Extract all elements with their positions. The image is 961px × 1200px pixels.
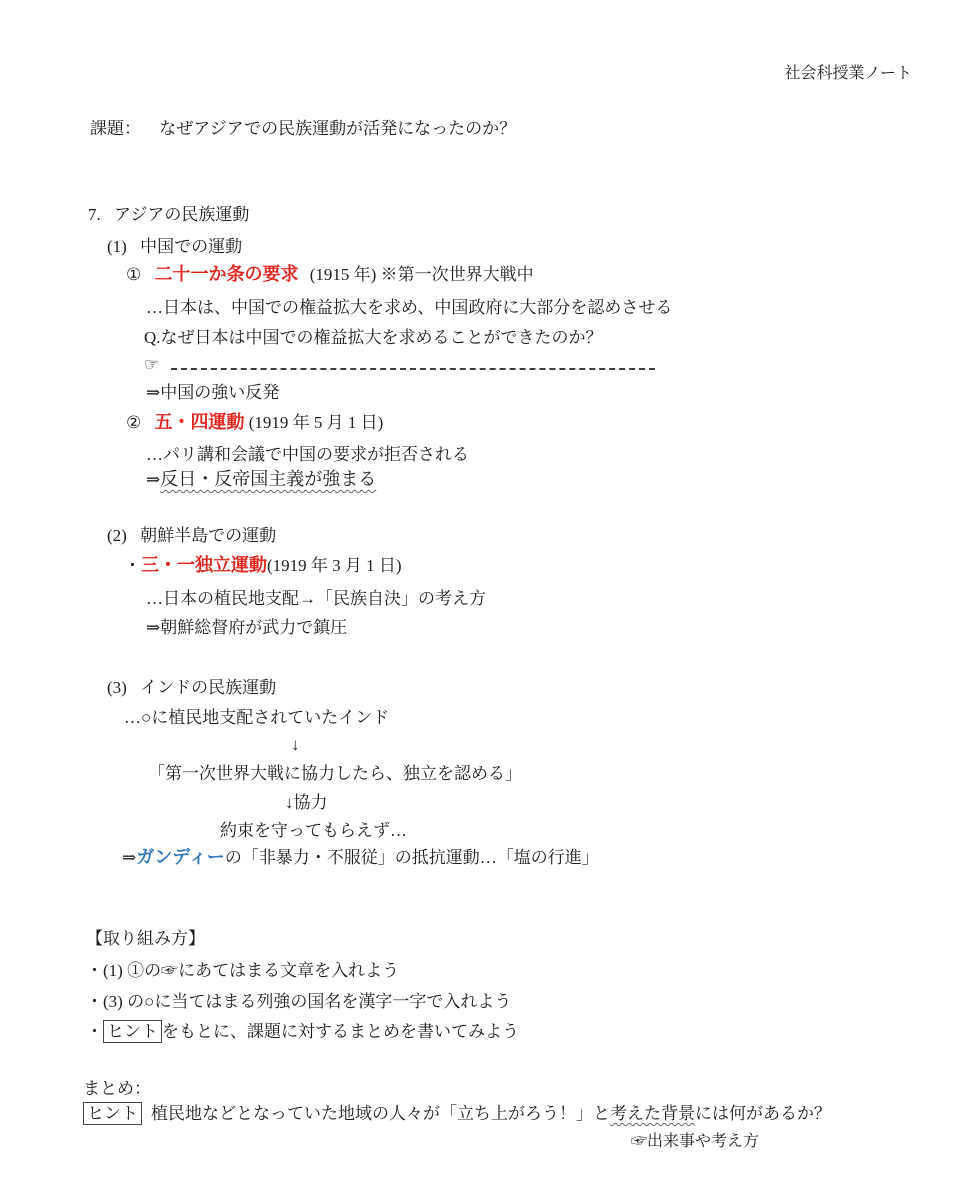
korea-item-term: 三・一独立運動 [141,555,267,575]
china-item1-answer-line: ☞ [144,353,655,376]
china-item2-result-arrow: ⇒ [146,470,160,489]
note-page: 社会科授業ノート 課題： なぜアジアでの民族運動が活発になったのか？ 7. アジ… [0,0,961,1200]
india-flow-arrow2: ↓協力 [285,791,328,814]
india-heading: (3) インドの民族運動 [107,676,276,699]
howto-heading-text: 【取り組み方】 [86,929,205,948]
india-quote-text: 「第一次世界大戦に協力したら、独立を認める」 [148,764,522,783]
china-item1-result: ⇒中国の強い反発 [146,381,279,404]
korea-item-bullet: ・ [124,556,141,575]
india-title: インドの民族運動 [140,678,276,697]
section-heading: 7. アジアの民族運動 [88,203,249,226]
india-result: ⇒ガンディーの「非暴力・不服従」の抵抗運動…「塩の行進」 [122,846,599,869]
china-title: 中国での運動 [140,237,242,256]
china-heading: (1) 中国での運動 [107,235,242,258]
down-arrow-cooperation: ↓協力 [285,793,328,812]
china-item2-number: ② [126,413,141,432]
doc-header: 社会科授業ノート [784,62,912,85]
summary-label: まとめ： [83,1079,151,1098]
summary-label-line: まとめ： [83,1077,151,1100]
task-question: なぜアジアでの民族運動が活発になったのか？ [159,119,516,138]
howto-heading: 【取り組み方】 [86,927,205,950]
howto-item3: ・ヒントをもとに、課題に対するまとめを書いてみよう [86,1020,519,1043]
pointing-hand-note: ☞出来事や考え方 [631,1133,759,1150]
pointing-hand-icon: ☞ [144,355,159,374]
howto-item1: ・(1) ①の☞にあてはまる文章を入れよう [86,959,399,982]
summary-note: ☞出来事や考え方 [631,1130,759,1153]
india-detail1-text: …○に植民地支配されていたインド [124,708,389,727]
china-item1-question: Q.なぜ日本は中国での権益拡大を求めることができたのか？ [144,326,603,349]
india-detail2: 約束を守ってもらえず… [220,819,407,842]
india-number: (3) [107,678,127,697]
howto-item3-rest: をもとに、課題に対するまとめを書いてみよう [162,1022,519,1041]
doc-header-title: 社会科授業ノート [784,65,912,82]
china-item2-date: (1919 年 5 月 1 日) [249,413,384,432]
india-detail2-text: 約束を守ってもらえず… [220,821,407,840]
india-result-rest: の「非暴力・不服従」の抵抗運動…「塩の行進」 [225,848,599,867]
howto-item2-text: ・(3) の○に当てはまる列強の国名を漢字一字で入れよう [86,992,511,1011]
korea-result-text: ⇒朝鮮総督府が武力で鎮圧 [146,618,347,637]
china-item2-heading: ② 五・四運動 (1919 年 5 月 1 日) [126,411,383,434]
answer-blank-line [171,355,655,370]
korea-item-heading: ・三・一独立運動(1919 年 3 月 1 日) [124,554,402,577]
china-item2-detail-text: …パリ講和会議で中国の要求が拒否される [146,445,469,464]
task-line: 課題： なぜアジアでの民族運動が活発になったのか？ [90,117,516,140]
summary-hint-box: ヒント [83,1102,142,1125]
howto-item1-text: ・(1) ①の☞にあてはまる文章を入れよう [86,961,399,980]
korea-result: ⇒朝鮮総督府が武力で鎮圧 [146,616,347,639]
korea-heading: (2) 朝鮮半島での運動 [107,524,276,547]
china-item1-term: 二十一か条の要求 [155,264,299,284]
china-item1-heading: ① 二十一か条の要求 (1915 年) ※第一次世界大戦中 [126,263,534,286]
china-item1-detail: …日本は、中国での権益拡大を求め、中国政府に大部分を認めさせる [146,296,672,319]
china-item2-detail: …パリ講和会議で中国の要求が拒否される [146,443,469,466]
summary-hint-line: ヒント植民地などとなっていた地域の人々が「立ち上がろう！」と考えた背景には何があ… [83,1102,831,1125]
howto-item2: ・(3) の○に当てはまる列強の国名を漢字一字で入れよう [86,990,511,1013]
korea-title: 朝鮮半島での運動 [140,526,276,545]
china-number: (1) [107,237,127,256]
china-item2-term: 五・四運動 [155,412,245,432]
china-item1-number: ① [126,265,141,284]
hint-box-label: ヒント [103,1020,162,1043]
china-item2-result-text: 反日・反帝国主義が強まる [160,469,376,489]
section-title: アジアの民族運動 [114,205,249,224]
korea-detail-text: …日本の植民地支配→「民族自決」の考え方 [146,589,486,608]
india-result-name: ガンディー [136,847,225,867]
summary-text-wavy: 考えた背景 [610,1104,695,1123]
task-label: 課題： [90,119,141,138]
korea-detail: …日本の植民地支配→「民族自決」の考え方 [146,587,486,610]
down-arrow-icon: ↓ [291,735,300,754]
india-result-arrow: ⇒ [122,848,136,867]
china-item1-question-text: Q.なぜ日本は中国での権益拡大を求めることができたのか？ [144,328,603,347]
india-quote: 「第一次世界大戦に協力したら、独立を認める」 [148,762,522,785]
summary-text-after: には何があるか？ [695,1104,831,1123]
india-detail1: …○に植民地支配されていたインド [124,706,389,729]
china-item2-result: ⇒反日・反帝国主義が強まる [146,468,376,491]
china-item1-result-text: ⇒中国の強い反発 [146,383,279,402]
howto-item3-bullet: ・ [86,1022,103,1041]
india-flow-arrow1: ↓ [291,733,300,756]
section-number: 7. [88,205,101,224]
korea-item-date: (1919 年 3 月 1 日) [267,556,402,575]
korea-number: (2) [107,526,127,545]
china-item1-detail-text: …日本は、中国での権益拡大を求め、中国政府に大部分を認めさせる [146,298,672,317]
summary-text-before: 植民地などとなっていた地域の人々が「立ち上がろう！」と [151,1104,610,1123]
china-item1-date: (1915 年) ※第一次世界大戦中 [310,265,534,284]
